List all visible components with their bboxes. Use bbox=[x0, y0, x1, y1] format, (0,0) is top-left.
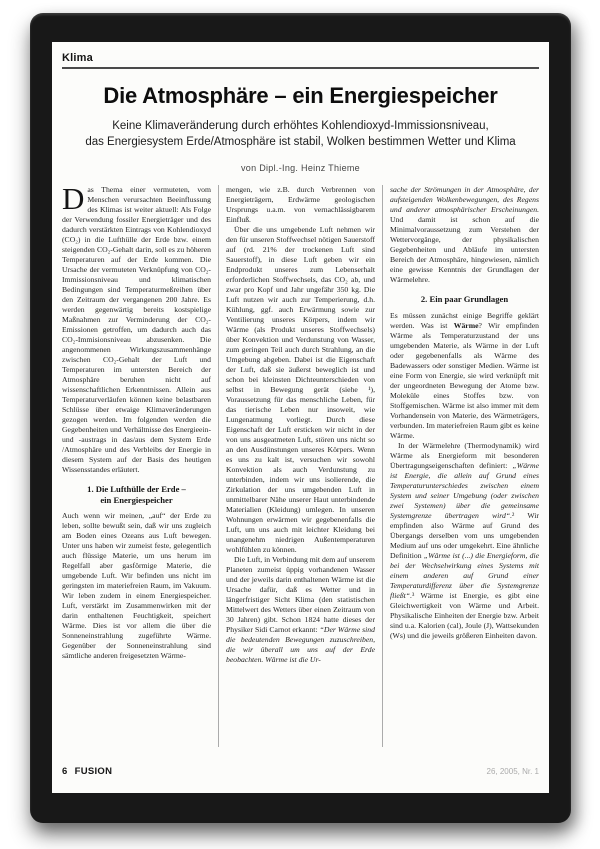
body-paragraph: Auch wenn wir meinen, „auf“ der Erde zu … bbox=[62, 511, 211, 661]
page-number: 6 bbox=[62, 766, 68, 777]
section-kicker: Klima bbox=[62, 52, 539, 64]
article-body: Das Thema einer vermuteten, vom Menschen… bbox=[62, 185, 539, 747]
text-column-1: Das Thema einer vermuteten, vom Menschen… bbox=[62, 185, 211, 747]
drop-cap: D bbox=[62, 185, 87, 211]
section-heading: 1. Die Lufthülle der Erde –ein Energiesp… bbox=[62, 484, 211, 505]
kicker-rule bbox=[62, 67, 539, 69]
body-paragraph: Die Luft, in Verbindung mit dem auf unse… bbox=[226, 555, 375, 665]
text-column-3: sache der Strömungen in der Atmosphäre, … bbox=[382, 185, 539, 747]
subtitle-line-1: Keine Klimaveränderung durch erhöhtes Ko… bbox=[62, 118, 539, 134]
body-paragraph: Es müssen zunächst einige Begriffe geklä… bbox=[390, 311, 539, 441]
footer-issue-info: 26, 2005, Nr. 1 bbox=[487, 767, 539, 776]
body-paragraph: mengen, wie z.B. durch Verbrennen von En… bbox=[226, 185, 375, 225]
page-footer: 6FUSION 26, 2005, Nr. 1 bbox=[62, 766, 539, 777]
article-subtitle: Keine Klimaveränderung durch erhöhtes Ko… bbox=[62, 118, 539, 150]
body-paragraph: Das Thema einer vermuteten, vom Menschen… bbox=[62, 185, 211, 475]
page-frame: Klima Die Atmosphäre – ein Energiespeich… bbox=[30, 13, 571, 823]
subtitle-line-2: das Energiesystem Erde/Atmosphäre ist st… bbox=[62, 134, 539, 150]
magazine-page: Klima Die Atmosphäre – ein Energiespeich… bbox=[52, 42, 549, 793]
article-title: Die Atmosphäre – ein Energiespeicher bbox=[62, 83, 539, 109]
byline: von Dipl.-Ing. Heinz Thieme bbox=[62, 163, 539, 173]
body-paragraph: sache der Strömungen in der Atmosphäre, … bbox=[390, 185, 539, 285]
body-paragraph: In der Wärmelehre (Thermodynamik) wird W… bbox=[390, 441, 539, 641]
text-column-2: mengen, wie z.B. durch Verbrennen von En… bbox=[218, 185, 375, 747]
footer-page-info: 6FUSION bbox=[62, 766, 112, 777]
magazine-name: FUSION bbox=[75, 766, 113, 777]
section-heading: 2. Ein paar Grundlagen bbox=[390, 294, 539, 305]
body-paragraph: Über die uns umgebende Luft nehmen wir d… bbox=[226, 225, 375, 555]
